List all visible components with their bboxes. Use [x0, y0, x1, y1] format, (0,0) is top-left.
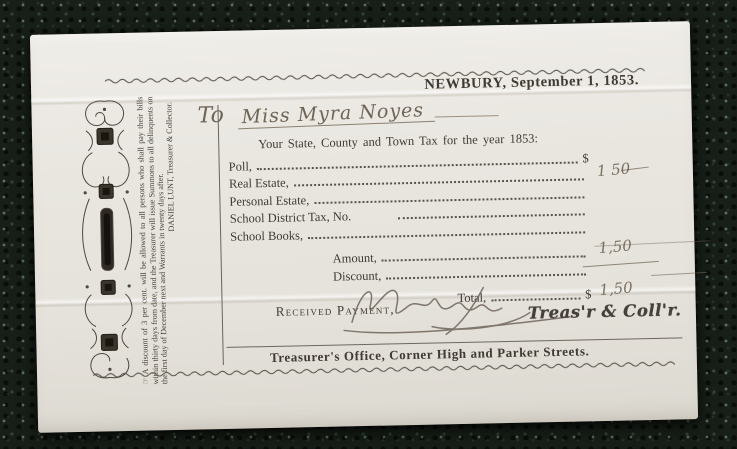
tax-receipt-document: NEWBURY, September 1, 1853. [30, 21, 698, 433]
date-line: NEWBURY, September 1, 1853. [424, 72, 639, 93]
tax-line-value [590, 220, 682, 237]
tax-line-label: School Books, [230, 228, 303, 245]
tax-line-label: Real Estate, [229, 176, 289, 192]
floral-ornament-icon [75, 95, 139, 384]
discount-side-note: ☞ A discount of 3 per cent. will be allo… [135, 95, 221, 385]
leader-dots [308, 231, 585, 239]
to-script-label: To [197, 103, 238, 129]
tax-line-label: Poll, [229, 159, 253, 174]
tax-line-label: Amount, [231, 251, 377, 269]
leader-dots [398, 213, 585, 219]
name-underline [434, 115, 498, 117]
addressee-line: ToMiss Myra Noyes [197, 95, 617, 129]
leader-dots [382, 255, 586, 261]
tax-line-value [590, 202, 682, 219]
tax-line-label: Personal Estate, [229, 193, 309, 210]
tax-year-heading: Your State, County and Town Tax for the … [258, 131, 538, 152]
addressee-name: Miss Myra Noyes [237, 99, 434, 130]
tax-line-label: School District Tax, No. [230, 209, 352, 227]
tax-line-value [589, 185, 681, 202]
side-note-wrapper: ☞ A discount of 3 per cent. will be allo… [135, 95, 221, 385]
officer-title: Treas'r & Coll'r. [528, 300, 682, 322]
